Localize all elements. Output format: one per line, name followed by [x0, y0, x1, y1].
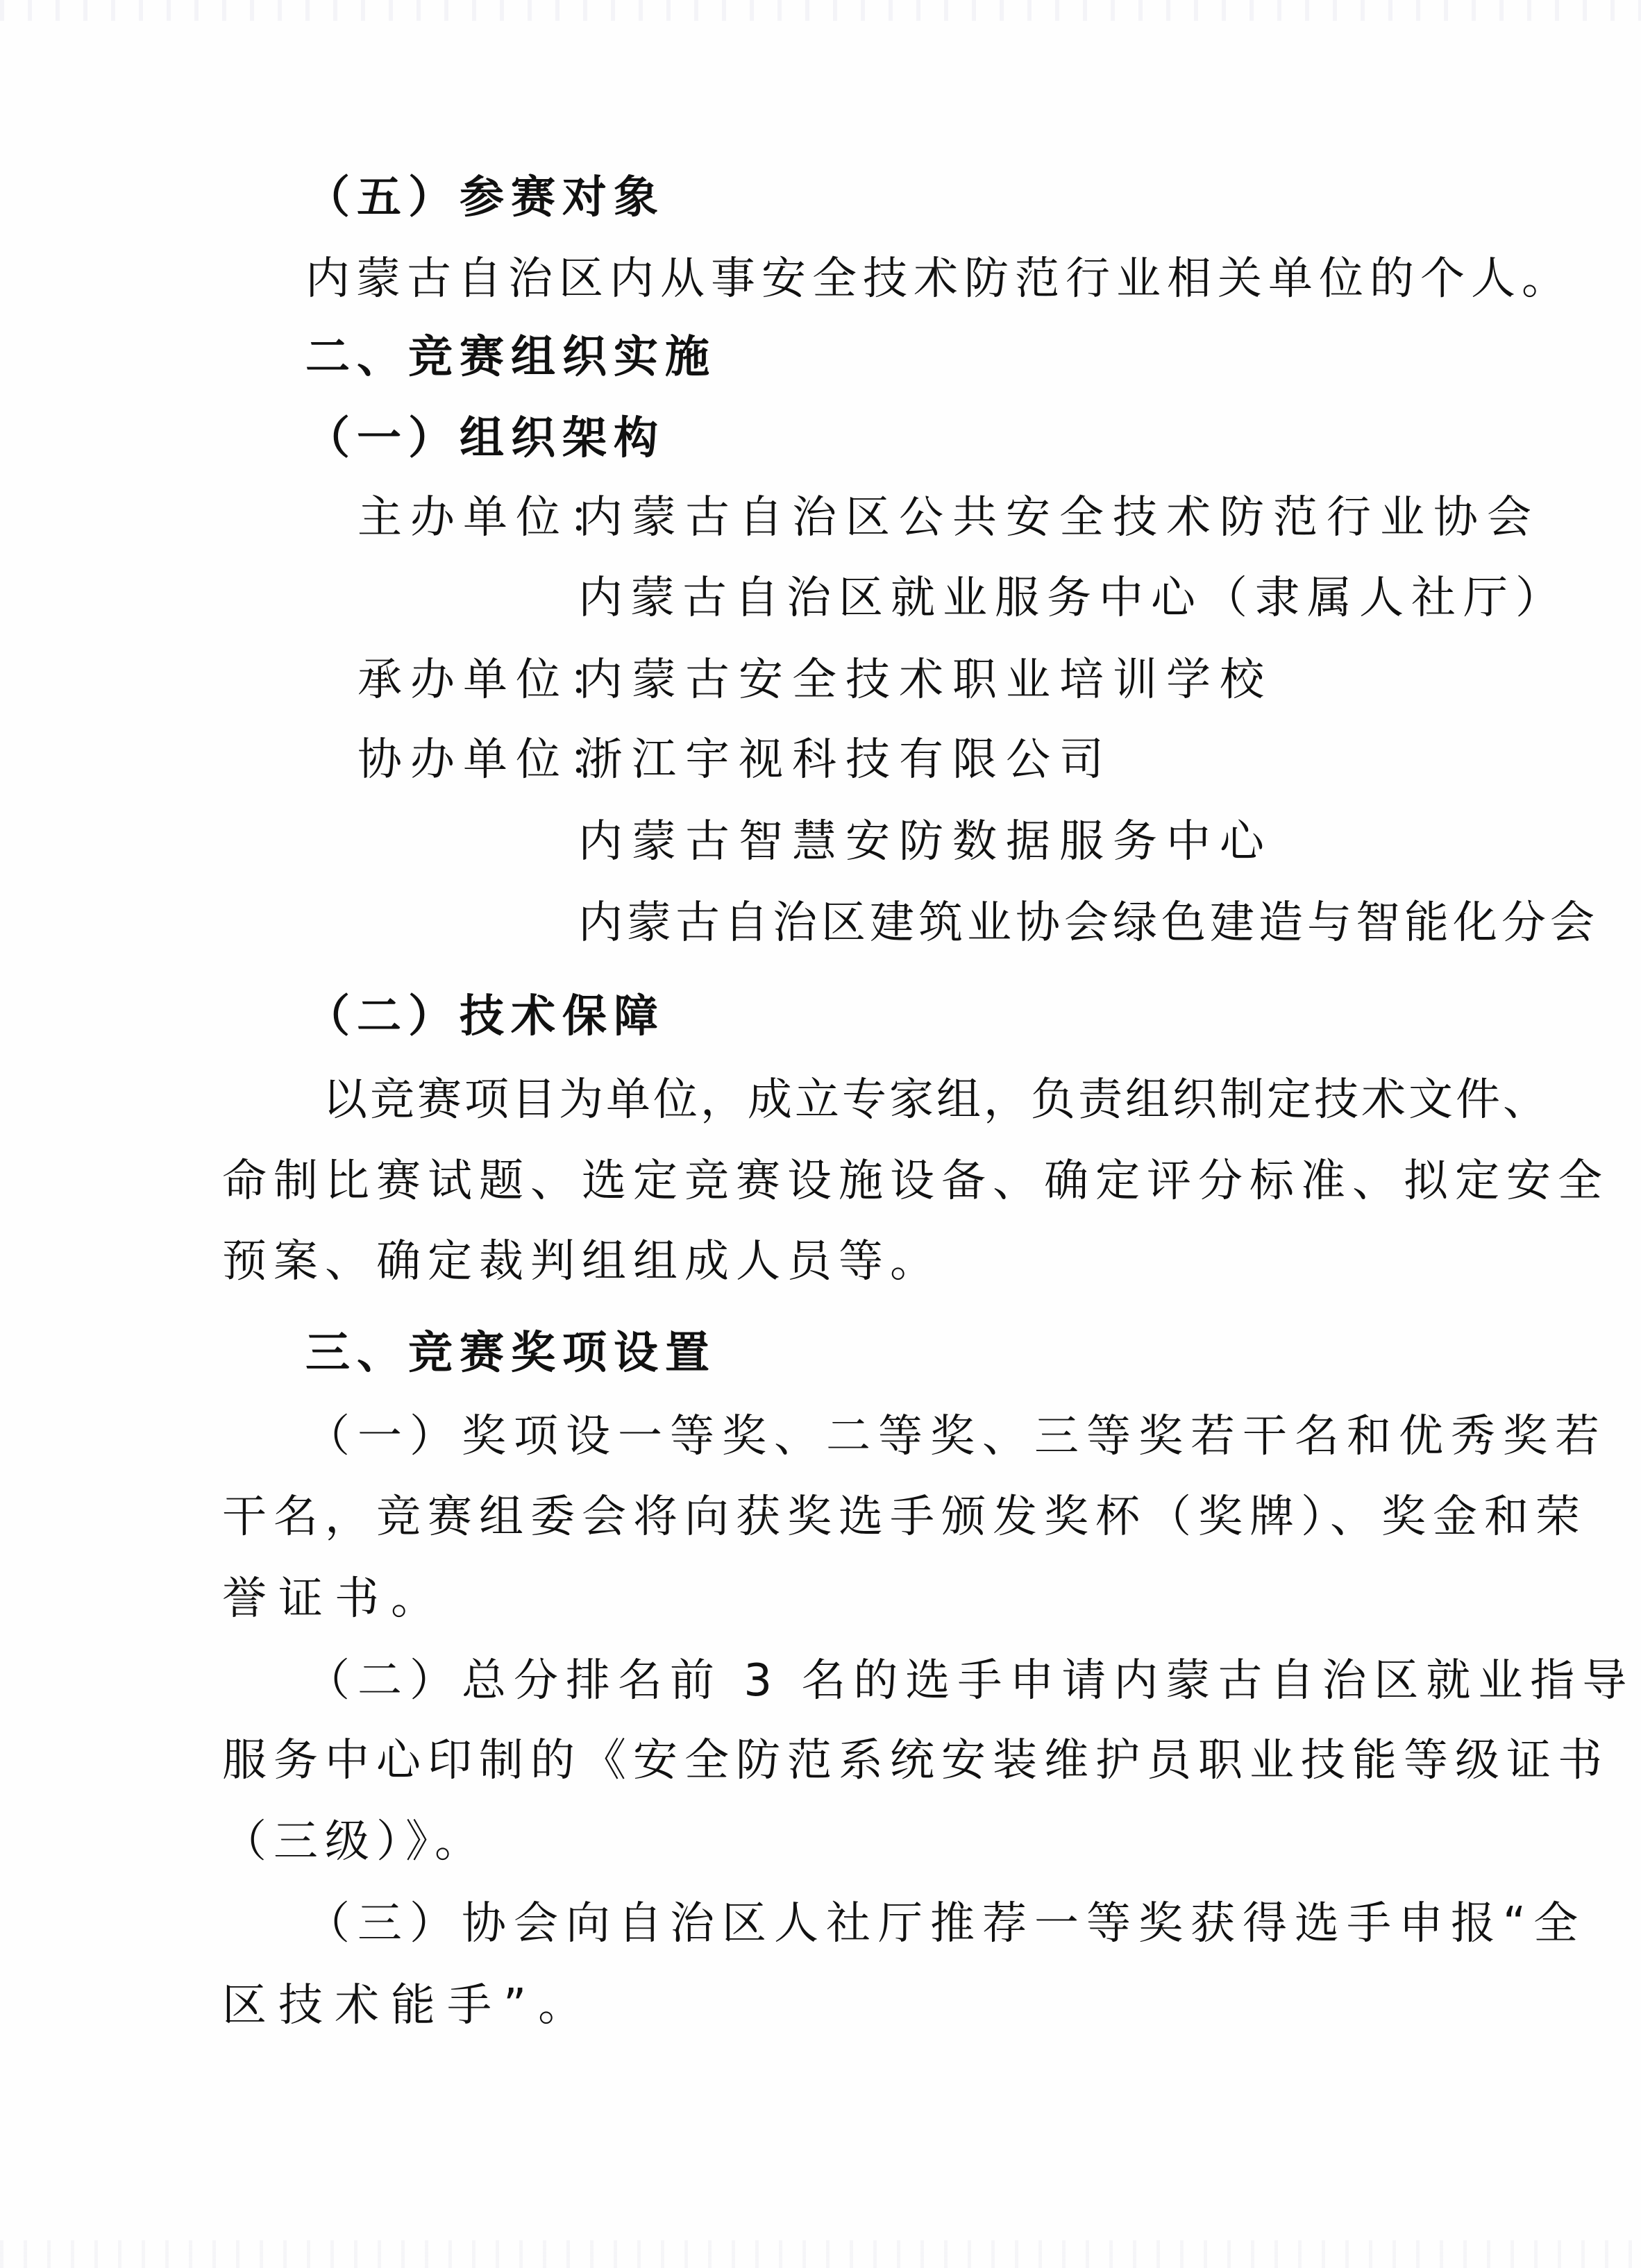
- document-page: （五）参赛对象 内蒙古自治区内从事安全技术防范行业相关单位的个人。 二、竞赛组织…: [0, 0, 1641, 2268]
- subheading-technical-support: （二）技术保障: [305, 989, 665, 1044]
- awards-item3-line-1: （三）协会向自治区人社厅推荐一等奖获得选手申报“全: [305, 1896, 1585, 1952]
- technical-support-line-3: 预案、确定裁判组组成人员等。: [222, 1234, 941, 1289]
- subheading-structure: （一）组织架构: [305, 411, 665, 466]
- host-org-1: 内蒙古自治区公共安全技术防范行业协会: [578, 490, 1540, 545]
- technical-support-line-2: 命制比赛试题、选定竞赛设施设备、确定评分标准、拟定安全: [222, 1153, 1609, 1209]
- section-heading-organization: 二、竞赛组织实施: [305, 330, 716, 385]
- awards-item2-line-1: （二）总分排名前 3 名的选手申请内蒙古自治区就业指导: [305, 1653, 1634, 1709]
- awards-item1-line-1: （一）奖项设一等奖、二等奖、三等奖若干名和优秀奖若: [305, 1409, 1607, 1464]
- co-organizer-org-3: 内蒙古自治区建筑业协会绿色建造与智能化分会: [578, 895, 1599, 951]
- awards-item2-line-2: 服务中心印制的《安全防范系统安装维护员职业技能等级证书: [222, 1733, 1609, 1788]
- awards-item2-line-3: （三级）》。: [222, 1814, 486, 1870]
- awards-item1-line-2: 干名，竞赛组委会将向获奖选手颁发奖杯（奖牌）、奖金和荣: [222, 1489, 1587, 1545]
- awards-item1-line-3: 誉证书。: [222, 1571, 447, 1627]
- co-organizer-org-1: 浙江宇视科技有限公司: [578, 732, 1113, 788]
- technical-support-line-1: 以竞赛项目为单位，成立专家组，负责组织制定技术文件、: [323, 1072, 1550, 1128]
- awards-item3-line-2: 区技术能手”。: [222, 1978, 594, 2033]
- scan-artifact-bottom: [0, 2240, 1641, 2268]
- organizer-org-1: 内蒙古安全技术职业培训学校: [578, 652, 1273, 708]
- section-heading-awards: 三、竞赛奖项设置: [305, 1326, 716, 1381]
- host-org-2: 内蒙古自治区就业服务中心（隶属人社厅）: [578, 570, 1567, 626]
- scan-artifact-top: [0, 0, 1641, 21]
- co-organizer-org-2: 内蒙古智慧安防数据服务中心: [578, 814, 1273, 870]
- section-heading-participants: （五）参赛对象: [305, 170, 665, 226]
- participants-text: 内蒙古自治区内从事安全技术防范行业相关单位的个人。: [305, 251, 1572, 307]
